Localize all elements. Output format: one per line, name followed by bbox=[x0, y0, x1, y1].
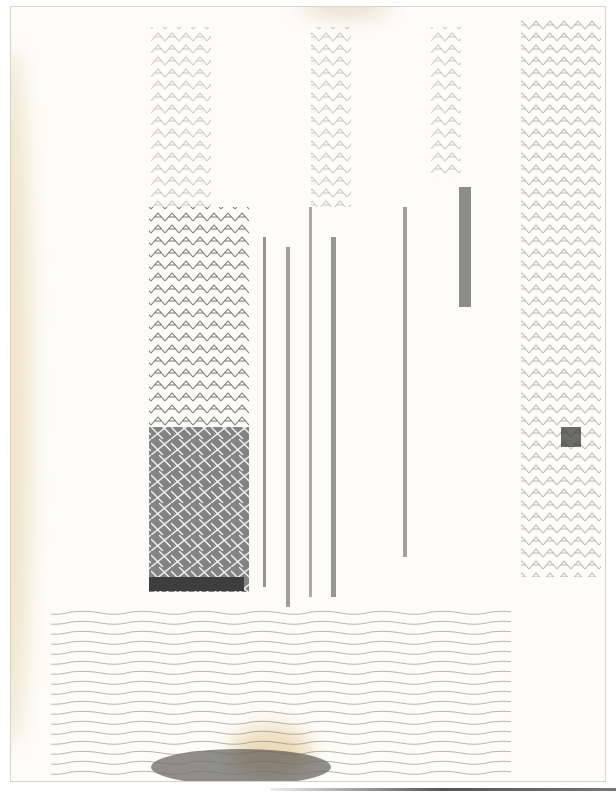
right-foliage bbox=[521, 17, 601, 577]
photograph bbox=[10, 6, 606, 782]
upper-specks bbox=[151, 27, 461, 207]
ground bbox=[51, 607, 511, 782]
print-edge bbox=[270, 788, 616, 791]
forest-scene bbox=[11, 7, 606, 782]
forest-opening bbox=[149, 207, 249, 592]
